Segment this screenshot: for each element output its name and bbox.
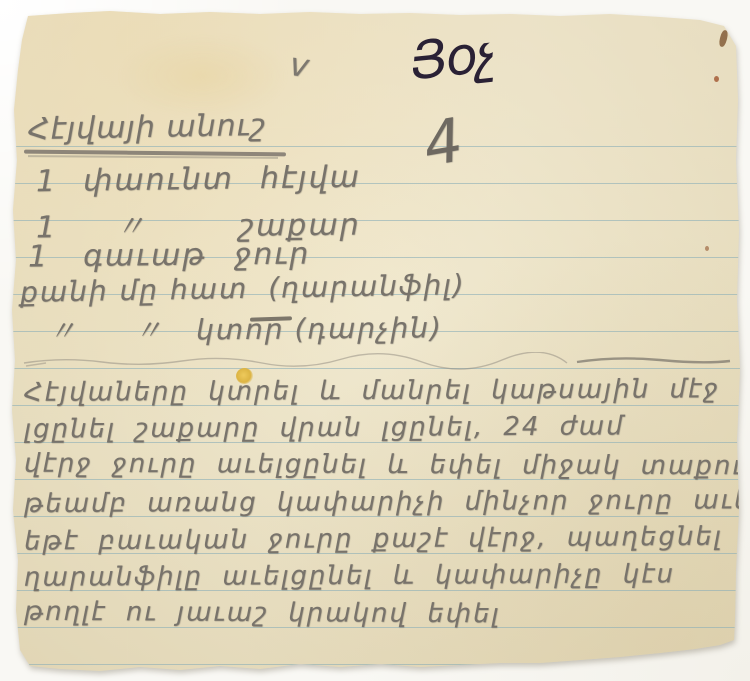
instruction-line: լցընել շաքարը վրան լցընել, 24 ժամ [24, 411, 625, 444]
instruction-line: վէրջ ջուրը աւելցընել և եփել միջակ տաքու- [24, 449, 750, 482]
document-scan: v Յօչ 4 Հէյվայի անուշ 1փաունտհէյվա 1〃շաք… [0, 0, 750, 681]
rust-speck [705, 246, 709, 251]
ingredient-quantity-phrase: քանի մը հատ [20, 272, 249, 309]
paper-sheet: v Յօչ 4 Հէյվայի անուշ 1փաունտհէյվա 1〃շաք… [0, 0, 750, 681]
recipe-title: Հէյվայի անուշ [28, 108, 267, 147]
pencil-separator-line [22, 352, 734, 370]
ingredient-paren-note: (դարչին) [294, 311, 443, 345]
aging-stain [118, 34, 288, 118]
instruction-line: Հէյվաները կտրել և մանրել կաթսային մէջ [24, 374, 720, 408]
ingredient-qty: 1 [36, 164, 58, 199]
instruction-line: եթէ բաւական ջուրը քաշէ վէրջ, պաղեցնել և [24, 521, 750, 556]
rust-speck [714, 76, 719, 82]
rust-speck [718, 29, 729, 47]
ingredient-name: հէյվա [260, 160, 362, 196]
ingredient-row: 〃〃կտոր(դարչին) [48, 306, 443, 349]
ink-scribble: Յօչ [407, 24, 497, 93]
pencil-check-mark: v [287, 45, 311, 85]
ingredient-row: 1գաւաթջուր [28, 237, 311, 275]
ingredient-name: ջուր [234, 237, 310, 273]
instruction-line: թեամբ առանց կափարիչի մինչոր ջուրը աւելցո… [24, 485, 750, 519]
ingredient-ditto-mark: 〃 [134, 314, 164, 347]
ingredient-unit: գաւաթ [83, 238, 207, 274]
instruction-line: թողլէ ու յաւաշ կրակով եփել [24, 597, 501, 629]
instruction-line: ղարանֆիլը աւելցընել և կափարիչը կէս [24, 559, 675, 592]
ingredient-paren-note: (ղարանֆիլ) [268, 268, 466, 304]
ingredient-row: 1փաունտհէյվա [36, 160, 361, 200]
ingredient-ditto-mark: 〃 [48, 314, 78, 347]
ingredient-qty: 1 [28, 239, 49, 274]
paper-shadow-wrap: v Յօչ 4 Հէյվայի անուշ 1փաունտհէյվա 1〃շաք… [0, 0, 750, 681]
ingredient-unit: փաունտ [83, 162, 234, 199]
